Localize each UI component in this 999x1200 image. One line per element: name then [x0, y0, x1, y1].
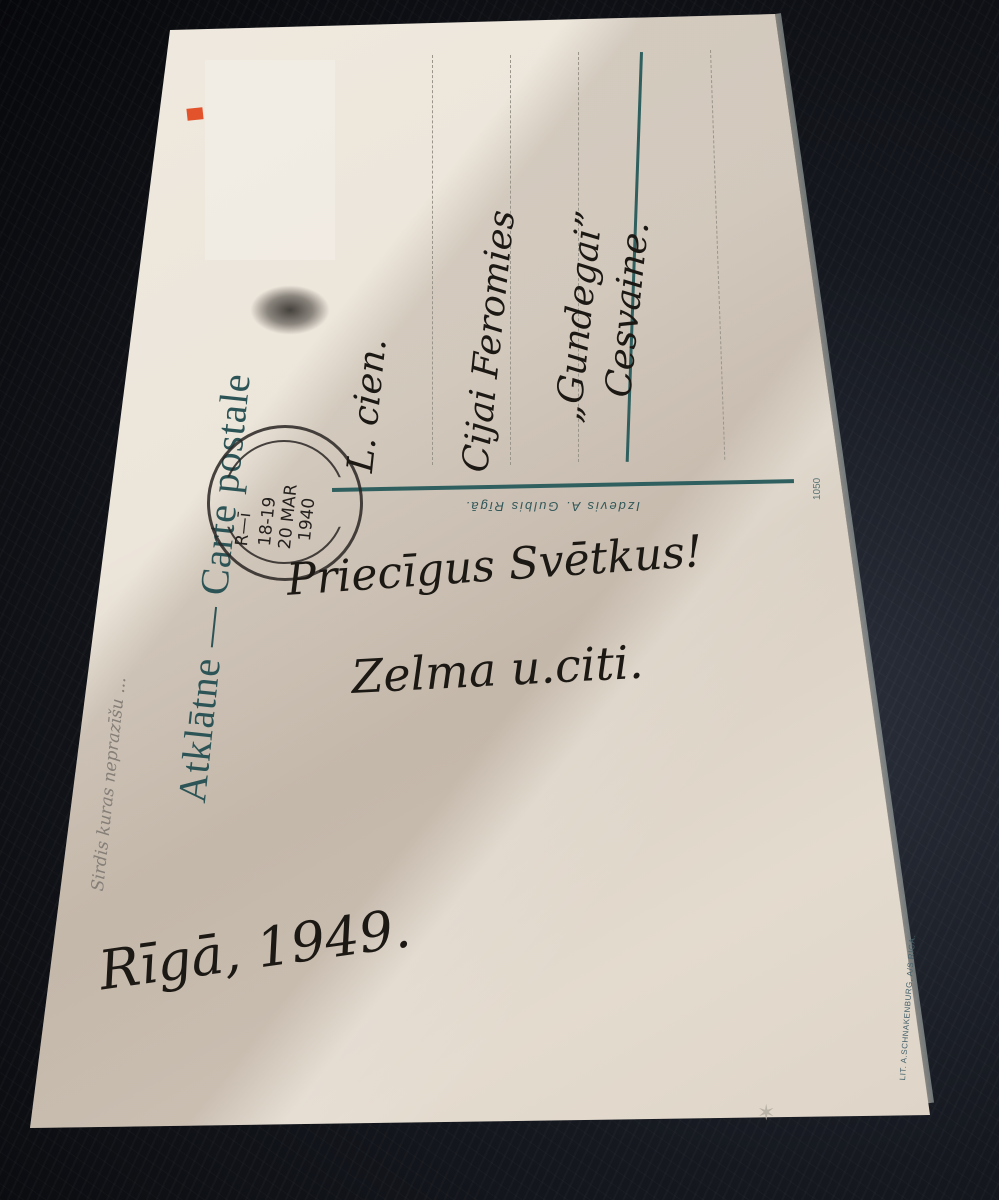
postmark-city: R—ī	[232, 512, 255, 547]
publisher-imprint: Izdevis A. Gulbis Rīgā.	[464, 499, 640, 514]
star-mark-icon: ✶	[757, 1100, 775, 1126]
tree-stamp-remnant-icon	[250, 285, 330, 335]
stamp-area-torn	[205, 60, 335, 260]
address-line-dotted	[432, 55, 433, 465]
card-number: 1050	[812, 478, 823, 500]
red-stamp-remnant-icon	[186, 107, 203, 121]
